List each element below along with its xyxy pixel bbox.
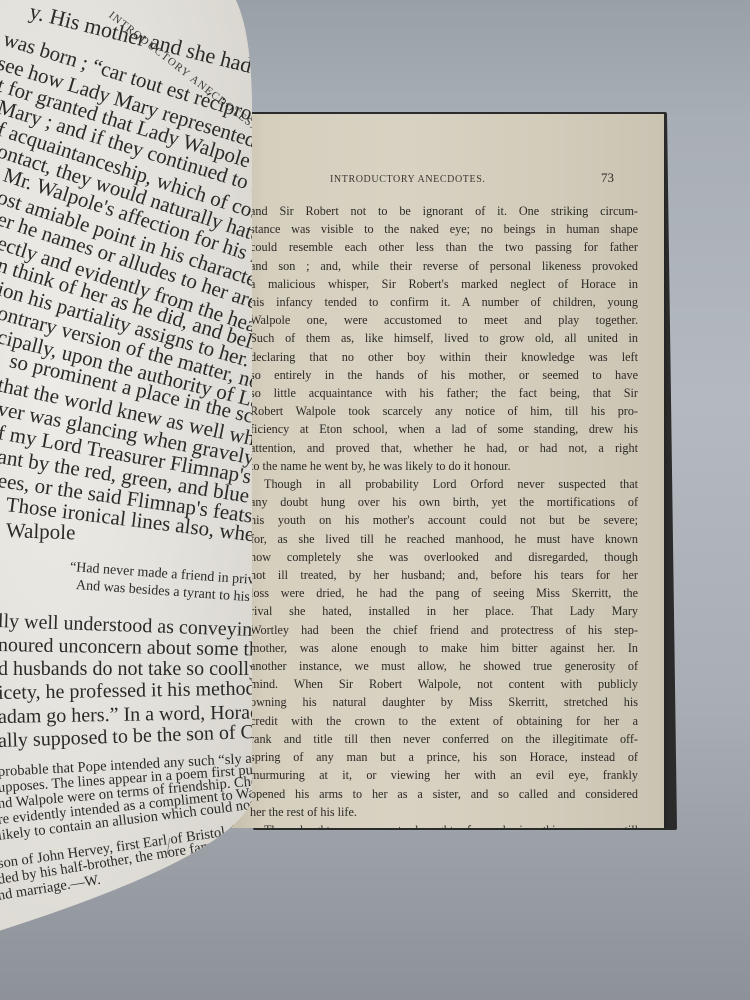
paragraph-2: Though in all probability Lord Orford ne… (250, 475, 638, 821)
text-line: Wortley had been the chief friend and pr… (250, 621, 638, 639)
text-line: tion a very few months. But the tale the… (250, 857, 638, 875)
text-line: her the rest of his life. (250, 803, 638, 821)
text-line: Robert Walpole took scarcely any notice … (250, 402, 638, 420)
running-header: INTRODUCTORY ANECDOTES. 73 (250, 172, 638, 192)
text-line: for, as she lived till he reached manhoo… (250, 530, 638, 548)
left-page-content: INTRODUCTORY ANECDOTES. y. His mother an… (0, 0, 252, 980)
text-line: murmuring at it, or viewing her with an … (250, 766, 638, 784)
text-line: loss were dried, he had the pang of seei… (250, 584, 638, 602)
text-line: any doubt hung over his own birth, yet t… (250, 493, 638, 511)
text-line: rival she hated, installed in her place.… (250, 602, 638, 620)
book-photo-scene: INTRODUCTORY ANECDOTES. 73 and Sir Rober… (0, 0, 750, 1000)
right-page: INTRODUCTORY ANECDOTES. 73 and Sir Rober… (232, 114, 664, 828)
text-line: spring of any man but a prince, his son … (250, 748, 638, 766)
text-line: stance was visible to the naked eye; no … (250, 220, 638, 238)
text-line: his youth on his mother's account could … (250, 511, 638, 529)
text-line: declaring that no other boy within their… (250, 348, 638, 366)
text-line: credit with the crown to the extent of o… (250, 712, 638, 730)
text-line: rank and title till then never conferred… (250, 730, 638, 748)
text-line: a malicious whisper, Sir Robert's marked… (250, 275, 638, 293)
text-line: Walpole (6, 518, 76, 545)
text-line: another instance, we must allow, he show… (250, 657, 638, 675)
text-line: could resemble each other less than the … (250, 238, 638, 256)
text-line: so little acquaintance with his father; … (250, 384, 638, 402)
right-page-content: INTRODUCTORY ANECDOTES. 73 and Sir Rober… (250, 172, 638, 876)
text-line: opened his arms to her as a sister, and … (250, 785, 638, 803)
text-line: to the name he went by, he was likely to… (250, 457, 638, 475)
text-line: Walpole one, were accustomed to meet and… (250, 311, 638, 329)
text-line: The daughter was not brought forward in … (250, 821, 638, 839)
text-line: ficiency at Eton school, when a lad of s… (250, 420, 638, 438)
page-number: 73 (601, 170, 614, 186)
paragraph-1: and Sir Robert not to be ignorant of it.… (250, 202, 638, 475)
text-line: Such of them as, like himself, lived to … (250, 329, 638, 347)
text-line: attention, and proved that, whether he h… (250, 439, 638, 457)
text-line: mother, was alone enough to make him bit… (250, 639, 638, 657)
text-line: Though in all probability Lord Orford ne… (250, 475, 638, 493)
text-line: so entirely in the hands of his mother, … (250, 366, 638, 384)
running-title: INTRODUCTORY ANECDOTES. (330, 174, 485, 185)
text-line: icety, he professed it his method “to go… (0, 676, 252, 705)
text-line: and Sir Robert not to be ignorant of it.… (250, 202, 638, 220)
text-line: owning his natural daughter by Miss Sker… (250, 693, 638, 711)
text-line: not ill treated, by her husband; and, be… (250, 566, 638, 584)
text-line: mind. When Sir Robert Walpole, not conte… (250, 675, 638, 693)
left-page: INTRODUCTORY ANECDOTES. y. His mother an… (0, 0, 252, 980)
text-line: after the death of the mother, who enjoy… (250, 839, 638, 857)
text-line: and son ; and, while their reverse of pe… (250, 257, 638, 275)
text-line: how completely she was overlooked and di… (250, 548, 638, 566)
text-line: his infancy tended to confirm it. A numb… (250, 293, 638, 311)
